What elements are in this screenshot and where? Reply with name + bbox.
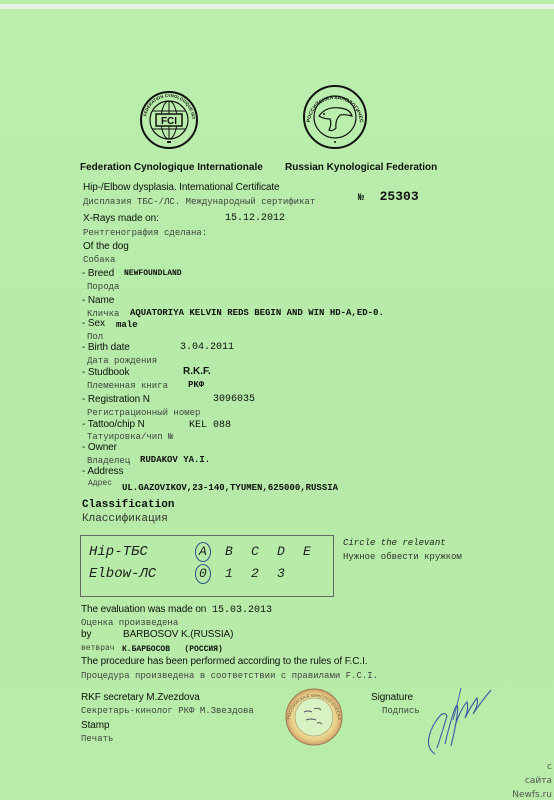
name-label-en: - Name — [82, 295, 114, 306]
name-value: AQUATORIYA KELVIN REDS BEGIN AND WIN HD-… — [130, 308, 384, 318]
birth-date-label-en: - Birth date — [82, 342, 130, 353]
hip-grade-D[interactable]: D — [277, 544, 285, 559]
studbook-label-en: - Studbook — [82, 367, 129, 378]
breed-value: NEWFOUNDLAND — [124, 269, 182, 278]
sex-label-ru: Пол — [87, 332, 103, 342]
studbook-value-ru: РКФ — [188, 380, 204, 390]
hip-grade-B[interactable]: B — [225, 544, 233, 559]
elbow-grade-3[interactable]: 3 — [277, 566, 285, 581]
address-value: UL.GAZOVIKOV,23-140,TYUMEN,625000,RUSSIA — [122, 483, 338, 493]
classification-heading-en: Classification — [82, 499, 174, 511]
owner-label-en: - Owner — [82, 442, 117, 453]
dog-heading-en: Of the dog — [83, 241, 129, 252]
classification-box: Hip-ТБС ABCDE Elbow-ЛС 0123 — [80, 535, 334, 597]
birth-date-label-ru: Дата рождения — [87, 356, 157, 366]
circle-note-ru: Нужное обвести кружком — [343, 552, 462, 562]
fci-logo-icon: FCI FEDERATION CYNOLOGIQUE INTERNATIONAL… — [139, 90, 199, 150]
secretary-en: RKF secretary M.Zvezdova — [81, 692, 200, 703]
scan-edge — [0, 4, 554, 9]
svg-text:РОССИЙСКАЯ КИНОЛОГИЧЕСКАЯ ФЕДЕ: РОССИЙСКАЯ КИНОЛОГИЧЕСКАЯ ФЕДЕРАЦИЯ — [302, 84, 364, 124]
watermark-line-1: с — [512, 760, 552, 774]
stamp-label-ru: Печать — [81, 734, 113, 744]
classification-heading-ru: Классификация — [82, 513, 168, 525]
evaluation-label-en: The evaluation was made on — [81, 604, 206, 615]
elbow-grade-1[interactable]: 1 — [225, 566, 233, 581]
tattoo-label-en: - Tattoo/chip N — [82, 419, 145, 430]
address-label-en: - Address — [82, 466, 123, 477]
registration-value: 3096035 — [213, 394, 255, 405]
elbow-label: Elbow-ЛС — [89, 566, 156, 582]
vet-name-en: BARBOSOV K.(RUSSIA) — [123, 629, 233, 640]
elbow-grade-2[interactable]: 2 — [251, 566, 259, 581]
sex-label-en: - Sex — [82, 318, 105, 329]
registration-label-ru: Регистрационный номер — [87, 408, 200, 418]
xrays-date: 15.12.2012 — [225, 213, 285, 224]
secretary-ru: Секретарь-кинолог РКФ М.Звездова — [81, 706, 254, 716]
breed-label-ru: Порода — [87, 282, 119, 292]
evaluation-date: 15.03.2013 — [212, 605, 272, 616]
by-label-ru: ветврач — [81, 644, 115, 653]
by-label-en: by — [81, 629, 91, 640]
registration-label-en: - Registration N — [82, 394, 150, 405]
number-symbol: № — [358, 193, 364, 204]
svg-text:FCI: FCI — [161, 116, 177, 127]
certificate-page: FCI FEDERATION CYNOLOGIQUE INTERNATIONAL… — [0, 4, 554, 800]
hip-grade-E[interactable]: E — [303, 544, 311, 559]
tattoo-value: KEL 088 — [189, 420, 231, 431]
elbow-selected-circle — [195, 564, 211, 584]
evaluation-label-ru: Оценка произведена — [81, 618, 178, 628]
owner-value: RUDAKOV YA.I. — [140, 455, 210, 465]
certificate-title-ru: Дисплазия ТБС-/ЛС. Международный сертифи… — [83, 197, 315, 207]
xrays-label-ru: Рентгенография сделана: — [83, 228, 207, 238]
procedure-en: The procedure has been performed accordi… — [81, 656, 367, 667]
owner-label-ru: Владелец — [87, 456, 130, 466]
studbook-value-en: R.K.F. — [183, 366, 211, 377]
signature-label-en: Signature — [371, 692, 413, 703]
site-watermark: с сайта Newfs.ru — [512, 760, 552, 800]
xrays-label-en: X-Rays made on: — [83, 213, 159, 224]
tattoo-label-ru: Татуировка/чип № — [87, 432, 173, 442]
hip-grade-C[interactable]: C — [251, 544, 259, 559]
hip-selected-circle — [195, 542, 211, 562]
dog-heading-ru: Собака — [83, 255, 115, 265]
hip-label: Hip-ТБС — [89, 544, 148, 560]
studbook-label-ru: Племенная книга — [87, 381, 168, 391]
watermark-line-3: Newfs.ru — [512, 788, 552, 800]
rkf-logo-icon: РОССИЙСКАЯ КИНОЛОГИЧЕСКАЯ ФЕДЕРАЦИЯ — [302, 84, 368, 150]
sex-value: male — [116, 320, 138, 330]
procedure-ru: Процедура произведена в соответствии с п… — [81, 671, 378, 681]
certificate-number: № 25303 — [358, 189, 419, 204]
certificate-title-en: Hip-/Elbow dysplasia. International Cert… — [83, 182, 280, 193]
address-label-ru: Адрес — [88, 479, 112, 488]
signature-icon — [415, 686, 495, 756]
watermark-line-2: сайта — [512, 774, 552, 788]
vet-name-ru: К.БАРБОСОВ (РОССИЯ) — [122, 645, 223, 654]
rkf-name: Russian Kynological Federation — [285, 162, 437, 173]
circle-note-en: Circle the relevant — [343, 538, 446, 548]
fci-name: Federation Cynologique Internationale — [80, 162, 263, 173]
birth-date-value: 3.04.2011 — [180, 342, 234, 353]
stamp-label-en: Stamp — [81, 720, 109, 731]
breed-label-en: - Breed — [82, 268, 114, 279]
number-value: 25303 — [380, 189, 419, 204]
rkf-hologram-stamp-icon: РОССИЙСКАЯ КИНОЛОГИЧЕСКАЯ ФЕДЕРАЦИЯ — [284, 687, 344, 747]
